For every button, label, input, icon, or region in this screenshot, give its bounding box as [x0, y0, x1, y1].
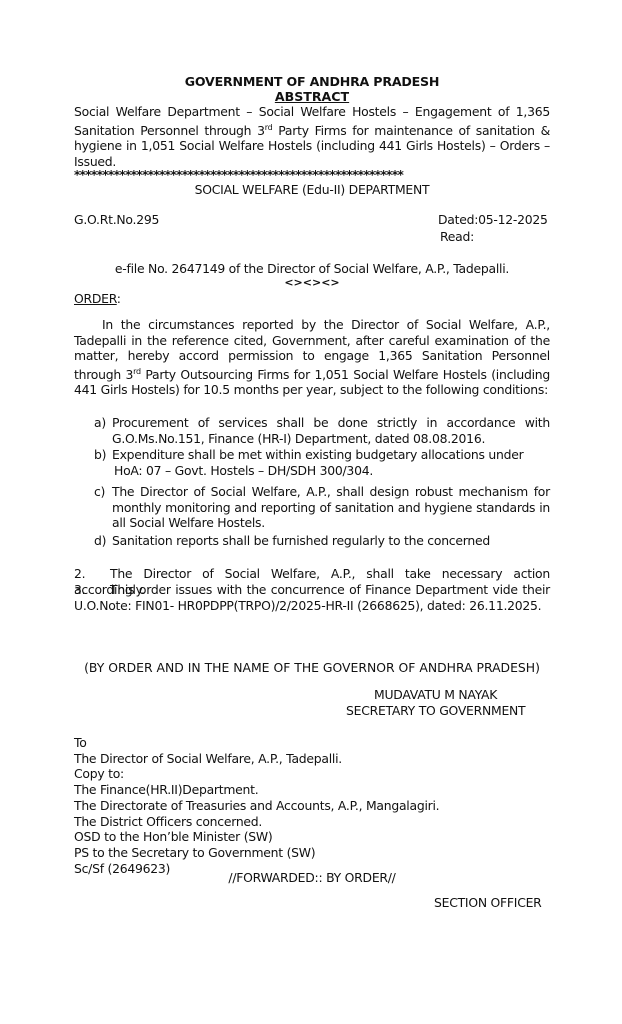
condition-b: b) Expenditure shall be met within exist…	[94, 447, 550, 478]
distribution-item: Copy to:	[74, 766, 439, 782]
distribution-item: PS to the Secretary to Government (SW)	[74, 845, 439, 861]
asterisk-divider: ****************************************…	[74, 168, 550, 182]
governor-authority-line: (BY ORDER AND IN THE NAME OF THE GOVERNO…	[74, 660, 550, 675]
reference-efile: e-file No. 2647149 of the Director of So…	[74, 261, 550, 276]
order-date: Dated:05-12-2025	[438, 212, 548, 227]
subject-abstract: Social Welfare Department – Social Welfa…	[74, 104, 550, 169]
condition-c: c) The Director of Social Welfare, A.P.,…	[94, 484, 550, 531]
read-label: Read:	[440, 229, 474, 244]
go-number: G.O.Rt.No.295	[74, 212, 159, 227]
section-officer: SECTION OFFICER	[434, 895, 542, 910]
abstract-heading: ABSTRACT	[74, 89, 550, 104]
order-paragraph-1: In the circumstances reported by the Dir…	[74, 317, 550, 398]
distribution-item: The Finance(HR.II)Department.	[74, 782, 439, 798]
distribution-item: The Directorate of Treasuries and Accoun…	[74, 798, 439, 814]
condition-d: d) Sanitation reports shall be furnished…	[94, 533, 550, 549]
order-heading: ORDER:	[74, 291, 121, 306]
distribution-item: The Director of Social Welfare, A.P., Ta…	[74, 751, 439, 767]
distribution-item: To	[74, 735, 439, 751]
distribution-list: To The Director of Social Welfare, A.P.,…	[74, 735, 439, 876]
distribution-item: The District Officers concerned.	[74, 814, 439, 830]
signatory-designation: SECRETARY TO GOVERNMENT	[346, 703, 525, 718]
condition-a: a) Procurement of services shall be done…	[94, 415, 550, 446]
government-heading: GOVERNMENT OF ANDHRA PRADESH	[74, 74, 550, 89]
forwarded-by-order: //FORWARDED:: BY ORDER//	[74, 870, 550, 885]
distribution-item: OSD to the Hon’ble Minister (SW)	[74, 829, 439, 845]
signatory-name: MUDAVATU M NAYAK	[374, 687, 497, 702]
order-paragraph-3: 3.This order issues with the concurrence…	[74, 582, 550, 613]
reference-separator: <><><>	[74, 276, 550, 289]
department-heading: SOCIAL WELFARE (Edu-II) DEPARTMENT	[74, 182, 550, 197]
